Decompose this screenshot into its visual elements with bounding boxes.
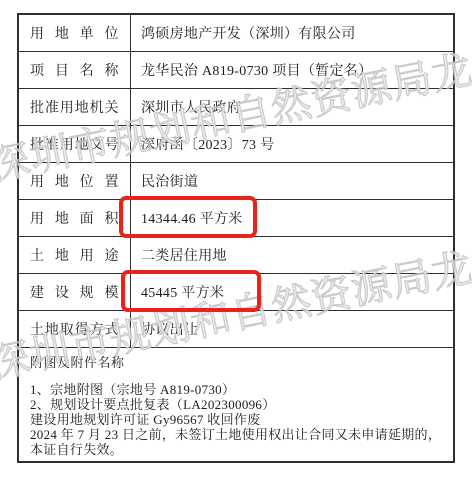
row-value: 二类居住用地 [131,237,453,273]
row-approval-authority: 批准用地机关 深圳市人民政府 [19,89,453,126]
attachments-section: 附图及附件名称 1、宗地附图（宗地号 A819-0730） 2、规划设计要点批复… [19,348,453,461]
row-label: 项目名称 [19,52,131,88]
row-label: 土地取得方式 [19,311,131,347]
row-value: 鸿硕房地产开发（深圳）有限公司 [131,15,453,51]
row-land-area: 用地面积 14344.46 平方米 [19,200,453,237]
row-value: 45445 平方米 [131,274,453,310]
label-text: 项目名称 [30,60,119,80]
label-text: 用地单位 [30,23,119,43]
row-construction-scale: 建设规模 45445 平方米 [19,274,453,311]
row-label: 土地用途 [19,237,131,273]
attachment-line: 2、规划设计要点批复表（LA202300096） [30,397,442,412]
row-value: 14344.46 平方米 [131,200,453,236]
row-land-location: 用地位置 民治街道 [19,163,453,200]
row-land-user: 用地单位 鸿硕房地产开发（深圳）有限公司 [19,15,453,52]
row-land-acquisition-method: 土地取得方式 协议出让 [19,311,453,348]
label-text: 用地位置 [30,171,119,191]
row-label: 用地单位 [19,15,131,51]
row-label: 批准用地机关 [19,89,131,125]
row-value: 协议出让 [131,311,453,347]
attachment-line: 2024 年 7 月 23 日之前，未签订土地使用权出让合同又未申请延期的，本证… [30,427,442,457]
row-label: 用地位置 [19,163,131,199]
row-value: 深圳市人民政府 [131,89,453,125]
row-label: 批准用地文号 [19,126,131,162]
row-value: 民治街道 [131,163,453,199]
permit-table: 用地单位 鸿硕房地产开发（深圳）有限公司 项目名称 龙华民治 A819-0730… [17,13,455,463]
row-label: 用地面积 [19,200,131,236]
row-value: 龙华民治 A819-0730 项目（暂定名） [131,52,453,88]
label-text: 批准用地机关 [30,97,119,117]
attachment-line: 1、宗地附图（宗地号 A819-0730） [30,382,442,397]
row-approval-doc-number: 批准用地文号 深府函〔2023〕73 号 [19,126,453,163]
label-text: 用地面积 [30,208,119,228]
row-project-name: 项目名称 龙华民治 A819-0730 项目（暂定名） [19,52,453,89]
label-text: 土地取得方式 [30,319,119,339]
label-text: 建设规模 [30,282,119,302]
attachment-line: 建设用地规划许可证 Gy96567 收回作废 [30,412,442,427]
land-use-permit-document: 深圳市规划和自然资源局龙华管 深圳市规划和自然资源局龙华管 用地单位 鸿硕房地产… [0,0,472,481]
row-land-use-type: 土地用途 二类居住用地 [19,237,453,274]
row-label: 建设规模 [19,274,131,310]
label-text: 土地用途 [30,245,119,265]
row-value: 深府函〔2023〕73 号 [131,126,453,162]
attachments-heading: 附图及附件名称 [30,355,442,370]
label-text: 批准用地文号 [30,134,119,154]
